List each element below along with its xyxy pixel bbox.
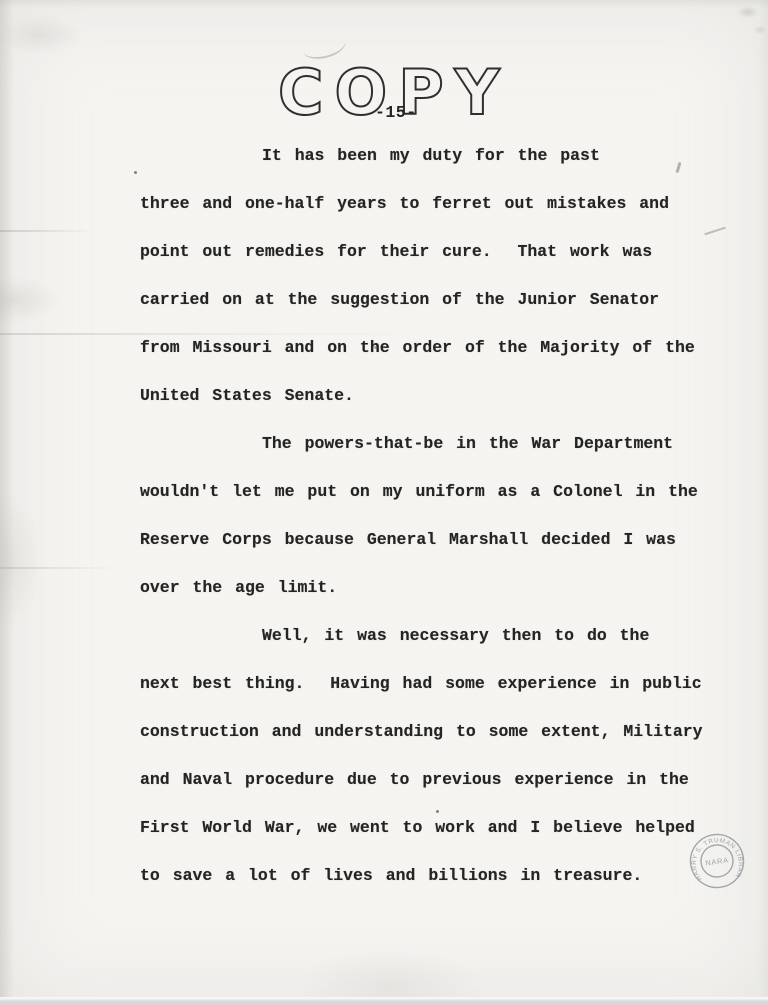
ink-speck xyxy=(374,346,377,349)
text-line: United States Senate. xyxy=(140,386,760,434)
text-line: from Missouri and on the order of the Ma… xyxy=(140,338,760,386)
page-number: -15- xyxy=(375,103,417,122)
ink-speck xyxy=(134,171,137,174)
text-line: It has been my duty for the past xyxy=(140,146,760,194)
text-line: carried on at the suggestion of the Juni… xyxy=(140,290,760,338)
text-line: Well, it was necessary then to do the xyxy=(140,626,760,674)
paper-crease xyxy=(0,567,120,569)
text-line: to save a lot of lives and billions in t… xyxy=(140,866,760,914)
scan-edge xyxy=(0,997,768,1005)
archive-stamp: HARRY S. TRUMAN LIBRARY NARA xyxy=(683,827,751,895)
text-line: The powers-that-be in the War Department xyxy=(140,434,760,482)
text-line: Reserve Corps because General Marshall d… xyxy=(140,530,760,578)
text-line: next best thing. Having had some experie… xyxy=(140,674,760,722)
text-line: and Naval procedure due to previous expe… xyxy=(140,770,760,818)
ink-speck xyxy=(436,810,439,813)
text-line: construction and understanding to some e… xyxy=(140,722,760,770)
text-line: First World War, we went to work and I b… xyxy=(140,818,760,866)
stamp-center-text: NARA xyxy=(705,855,730,867)
paper-crease xyxy=(0,230,95,232)
document-page: COPY -15- It has been my duty for the pa… xyxy=(0,0,768,1005)
text-line: point out remedies for their cure. That … xyxy=(140,242,760,290)
text-line: wouldn't let me put on my uniform as a C… xyxy=(140,482,760,530)
text-line: three and one-half years to ferret out m… xyxy=(140,194,760,242)
text-line: over the age limit. xyxy=(140,578,760,626)
typewritten-text: It has been my duty for the pastthree an… xyxy=(140,146,760,914)
